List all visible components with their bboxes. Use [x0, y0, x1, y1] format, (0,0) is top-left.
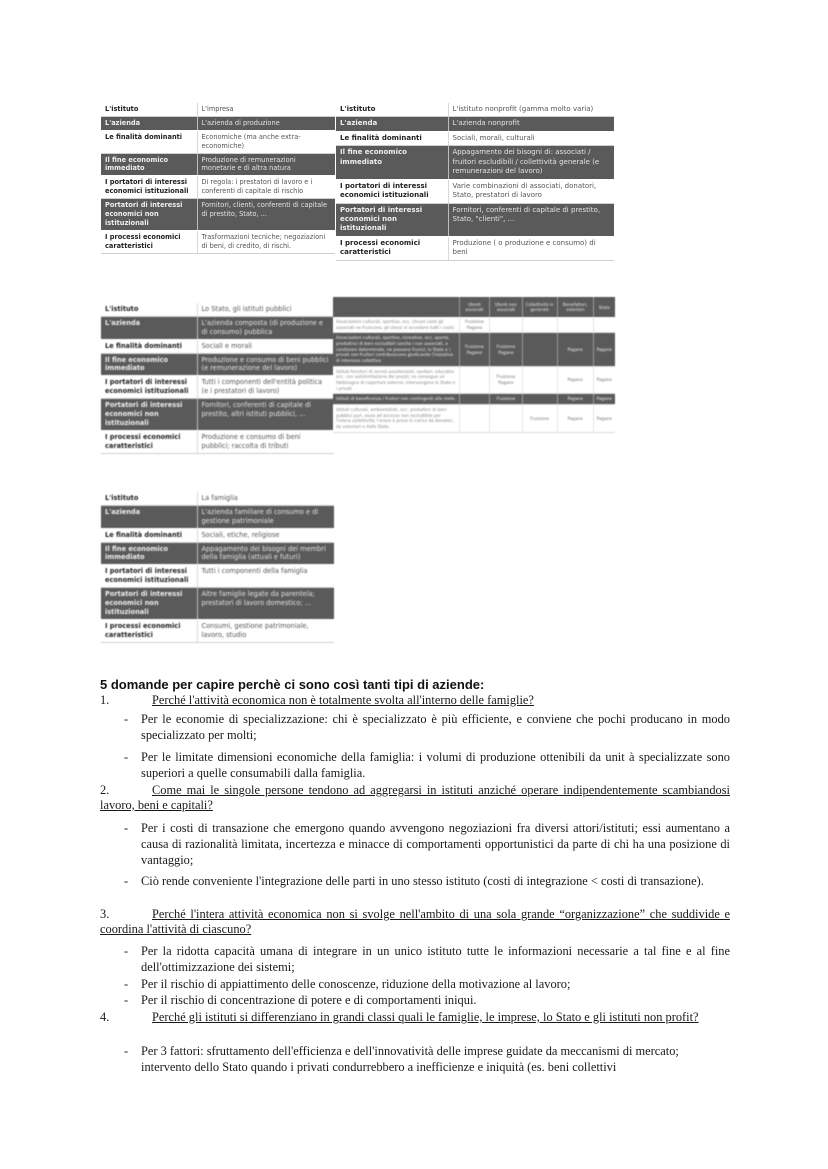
matrix-cell [593, 317, 615, 333]
matrix-column-header: Utenti associati [459, 297, 490, 317]
row-value: Fornitori, conferenti di capitale di pre… [448, 203, 614, 236]
matrix-cell: Pagano [593, 405, 615, 433]
table-nonprofit: L'istitutoL'istituto nonprofit (gamma mo… [336, 103, 614, 261]
bullet-text: Per le economie di specializzazione: chi… [141, 711, 730, 743]
row-label: Le finalità dominanti [101, 339, 197, 353]
row-label: Portatori di interessi economici non ist… [101, 199, 197, 231]
matrix-header-row: Utenti associatiUtenti non associatiColl… [333, 297, 615, 317]
row-value: Produzione e consumo di beni pubblici (e… [197, 353, 334, 376]
table-row: Il fine economico immediatoProduzione e … [101, 353, 334, 376]
table-nonprofit-matrix: Utenti associatiUtenti non associatiColl… [333, 297, 615, 433]
matrix-cell [459, 405, 490, 433]
row-value: Di regola: i prestatori di lavoro e i co… [197, 176, 335, 199]
matrix-row-description: Associazioni culturali, sportive, ecc. c… [333, 317, 459, 333]
matrix-cell: Pagano [557, 366, 593, 394]
row-value: L'azienda familiare di consumo e di gest… [197, 505, 334, 528]
bullet-text: Per i costi di transazione che emergono … [141, 820, 730, 868]
question-number: 2. [100, 783, 152, 798]
table-row: L'istitutoLo Stato, gli istituti pubblic… [101, 303, 334, 316]
row-label: L'azienda [101, 505, 197, 528]
dash-icon: - [124, 943, 128, 959]
bullet: -Per 3 fattori: sfruttamento dell'effici… [124, 1043, 730, 1075]
matrix-column-header: Utenti non associati [490, 297, 522, 317]
matrix-cell: Fruizione [490, 394, 522, 405]
table-row: L'istitutoLa famiglia [101, 492, 334, 505]
matrix-cell: Pagano [557, 333, 593, 366]
table-row: L'istitutoL'istituto nonprofit (gamma mo… [336, 103, 614, 117]
matrix-cell: Pagano [557, 405, 593, 433]
table-row: I processi economici caratteristiciProdu… [336, 236, 614, 260]
row-label: I portatori di interessi economici istit… [101, 376, 197, 399]
matrix-row-description: Istituti fornitori di servizi assistenzi… [333, 366, 459, 394]
question-number: 3. [100, 907, 152, 922]
matrix-column-header: Stato [593, 297, 615, 317]
row-value: Produzione di remunerazioni monetarie e … [197, 153, 335, 176]
matrix-cell [522, 394, 557, 405]
row-value: L'azienda nonprofit [448, 117, 614, 131]
question-text: Perché l'intera attività economica non s… [100, 907, 730, 936]
matrix-cell: Pagano [593, 333, 615, 366]
row-label: Le finalità dominanti [101, 130, 197, 153]
table-row: I portatori di interessi economici istit… [101, 376, 334, 399]
row-value: La famiglia [197, 492, 334, 505]
row-value: L'azienda di produzione [197, 116, 335, 130]
row-value: Varie combinazioni di associati, donator… [448, 179, 614, 203]
question-1: 1.Perché l'attività economica non è tota… [100, 693, 730, 708]
row-value: Consumi, gestione patrimoniale, lavoro, … [197, 619, 334, 642]
bullet-text: Per la ridotta capacità umana di integra… [141, 943, 730, 975]
table-row: L'aziendaL'azienda familiare di consumo … [101, 505, 334, 528]
table-row: Il fine economico immediatoAppagamento d… [336, 146, 614, 179]
row-value: L'istituto nonprofit (gamma molto varia) [448, 103, 614, 117]
row-label: I portatori di interessi economici istit… [101, 176, 197, 199]
row-label: L'azienda [336, 117, 448, 131]
bullet: -Per le economie di specializzazione: ch… [124, 711, 730, 743]
bullet: -Per il rischio di concentrazione di pot… [124, 992, 730, 1008]
table-row: I processi economici caratteristiciProdu… [101, 430, 334, 453]
matrix-row: Istituti di beneficenza / fruitori non c… [333, 394, 615, 405]
matrix-cell: Fruizione Pagano [490, 366, 522, 394]
table-row: I portatori di interessi economici istit… [101, 565, 334, 588]
bullet: -Per il rischio di appiattimento delle c… [124, 976, 730, 992]
row-label: Portatori di interessi economici non ist… [101, 588, 197, 620]
question-number: 4. [100, 1010, 152, 1025]
bullet: -Per i costi di transazione che emergono… [124, 820, 730, 868]
question-2: 2.Come mai le singole persone tendono ad… [100, 783, 730, 813]
matrix-cell: Fruizione Pagano [490, 333, 522, 366]
table-famiglia: L'istitutoLa famigliaL'aziendaL'azienda … [101, 492, 334, 643]
matrix-cell [522, 317, 557, 333]
row-value: Fornitori, clienti, conferenti di capita… [197, 199, 335, 231]
row-value: Sociali, morali, culturali [448, 131, 614, 145]
row-label: Il fine economico immediato [101, 153, 197, 176]
row-value: Sociali, etiche, religiose [197, 528, 334, 542]
row-value: Produzione ( o produzione e consumo) di … [448, 236, 614, 260]
bullet-text: Per il rischio di appiattimento delle co… [141, 976, 730, 992]
bullet-text: Ciò rende conveniente l'integrazione del… [141, 873, 730, 889]
row-label: I processi economici caratteristici [336, 236, 448, 260]
dash-icon: - [124, 749, 128, 765]
row-label: L'istituto [101, 103, 197, 116]
row-label: I processi economici caratteristici [101, 430, 197, 453]
question-4: 4.Perché gli istituti si differenziano i… [100, 1010, 730, 1025]
row-value: Sociali e morali [197, 339, 334, 353]
matrix-cell [459, 394, 490, 405]
row-label: Il fine economico immediato [101, 542, 197, 565]
row-value: Appagamento dei bisogni di: associati / … [448, 146, 614, 179]
table-row: Le finalità dominantiSociali, morali, cu… [336, 131, 614, 145]
matrix-cell: Pagano [593, 394, 615, 405]
row-value: Trasformazioni tecniche; negoziazioni di… [197, 230, 335, 253]
table-row: Portatori di interessi economici non ist… [101, 399, 334, 431]
table-row: I portatori di interessi economici istit… [101, 176, 335, 199]
question-3: 3.Perché l'intera attività economica non… [100, 907, 730, 937]
question-text: Come mai le singole persone tendono ad a… [100, 783, 730, 812]
row-label: L'azienda [101, 316, 197, 339]
row-value: Lo Stato, gli istituti pubblici [197, 303, 334, 316]
matrix-cell: Fruizione Pagano [459, 333, 490, 366]
dash-icon: - [124, 711, 128, 727]
bullet: -Per la ridotta capacità umana di integr… [124, 943, 730, 975]
row-value: Altre famiglie legate da parentela; pres… [197, 588, 334, 620]
matrix-cell: Pagano [557, 394, 593, 405]
table-row: Le finalità dominantiSociali e morali [101, 339, 334, 353]
bullet-text: Per 3 fattori: sfruttamento dell'efficie… [141, 1043, 730, 1075]
dash-icon: - [124, 1043, 128, 1059]
table-row: I processi economici caratteristiciConsu… [101, 619, 334, 642]
row-label: I processi economici caratteristici [101, 619, 197, 642]
row-label: L'istituto [101, 303, 197, 316]
question-number: 1. [100, 693, 152, 708]
matrix-cell [557, 317, 593, 333]
table-stato: L'istitutoLo Stato, gli istituti pubblic… [101, 303, 334, 454]
matrix-row-description: Istituti di beneficenza / fruitori non c… [333, 394, 459, 405]
row-label: L'istituto [336, 103, 448, 117]
table-row: I processi economici caratteristiciTrasf… [101, 230, 335, 253]
table-row: I portatori di interessi economici istit… [336, 179, 614, 203]
matrix-column-header [333, 297, 459, 317]
row-value: L'azienda composta (di produzione e di c… [197, 316, 334, 339]
matrix-body: Associazioni culturali, sportive, ecc. c… [333, 317, 615, 432]
row-label: Le finalità dominanti [101, 528, 197, 542]
matrix-row-description: Associazioni culturali, sportive, ricrea… [333, 333, 459, 366]
row-label: Il fine economico immediato [336, 146, 448, 179]
matrix-column-header: Collettività in generale [522, 297, 557, 317]
dash-icon: - [124, 992, 128, 1008]
row-label: Le finalità dominanti [336, 131, 448, 145]
row-value: Appagamento dei bisogni dei membri della… [197, 542, 334, 565]
table-row: Portatori di interessi economici non ist… [101, 588, 334, 620]
table-impresa: L'istitutoL'impresaL'aziendaL'azienda di… [101, 103, 335, 254]
table-row: L'aziendaL'azienda di produzione [101, 116, 335, 130]
row-value: Fornitori, conferenti di capitale di pre… [197, 399, 334, 431]
question-text: Perché l'attività economica non è totalm… [152, 693, 534, 707]
question-text: Perché gli istituti si differenziano in … [152, 1010, 699, 1024]
dash-icon: - [124, 873, 128, 889]
row-label: Portatori di interessi economici non ist… [101, 399, 197, 431]
matrix-row: Associazioni culturali, sportive, ecc. c… [333, 317, 615, 333]
matrix-row-description: Istituti culturali, ambientalisti, ecc. … [333, 405, 459, 433]
matrix-cell [490, 317, 522, 333]
table-row: Il fine economico immediatoProduzione di… [101, 153, 335, 176]
row-value: L'impresa [197, 103, 335, 116]
matrix-cell [522, 333, 557, 366]
table-row: Il fine economico immediatoAppagamento d… [101, 542, 334, 565]
matrix-row: Istituti culturali, ambientalisti, ecc. … [333, 405, 615, 433]
table-row: L'aziendaL'azienda composta (di produzio… [101, 316, 334, 339]
row-value: Economiche (ma anche extra-economiche) [197, 130, 335, 153]
bullet: -Ciò rende conveniente l'integrazione de… [124, 873, 730, 889]
row-label: L'istituto [101, 492, 197, 505]
matrix-row: Istituti fornitori di servizi assistenzi… [333, 366, 615, 394]
matrix-cell: Fruizione Pagano [459, 317, 490, 333]
row-label: I portatori di interessi economici istit… [336, 179, 448, 203]
row-value: Tutti i componenti della famiglia [197, 565, 334, 588]
bullet: -Per le limitate dimensioni economiche d… [124, 749, 730, 781]
row-label: I portatori di interessi economici istit… [101, 565, 197, 588]
row-label: I processi economici caratteristici [101, 230, 197, 253]
table-row: Le finalità dominantiSociali, etiche, re… [101, 528, 334, 542]
table-row: L'istitutoL'impresa [101, 103, 335, 116]
table-row: Portatori di interessi economici non ist… [101, 199, 335, 231]
row-value: Tutti i componenti dell'entità politica … [197, 376, 334, 399]
matrix-row: Associazioni culturali, sportive, ricrea… [333, 333, 615, 366]
bullet-text: Per le limitate dimensioni economiche de… [141, 749, 730, 781]
matrix-cell: Fruizione [522, 405, 557, 433]
matrix-cell [522, 366, 557, 394]
dash-icon: - [124, 976, 128, 992]
matrix-cell [490, 405, 522, 433]
table-row: L'aziendaL'azienda nonprofit [336, 117, 614, 131]
matrix-column-header: Benefattori, volontari [557, 297, 593, 317]
matrix-cell: Pagano [593, 366, 615, 394]
section-heading: 5 domande per capire perchè ci sono così… [100, 677, 484, 692]
table-row: Le finalità dominantiEconomiche (ma anch… [101, 130, 335, 153]
dash-icon: - [124, 820, 128, 836]
table-row: Portatori di interessi economici non ist… [336, 203, 614, 236]
row-label: Il fine economico immediato [101, 353, 197, 376]
bullet-text: Per il rischio di concentrazione di pote… [141, 992, 730, 1008]
row-value: Produzione e consumo di beni pubblici; r… [197, 430, 334, 453]
row-label: Portatori di interessi economici non ist… [336, 203, 448, 236]
matrix-cell [459, 366, 490, 394]
row-label: L'azienda [101, 116, 197, 130]
